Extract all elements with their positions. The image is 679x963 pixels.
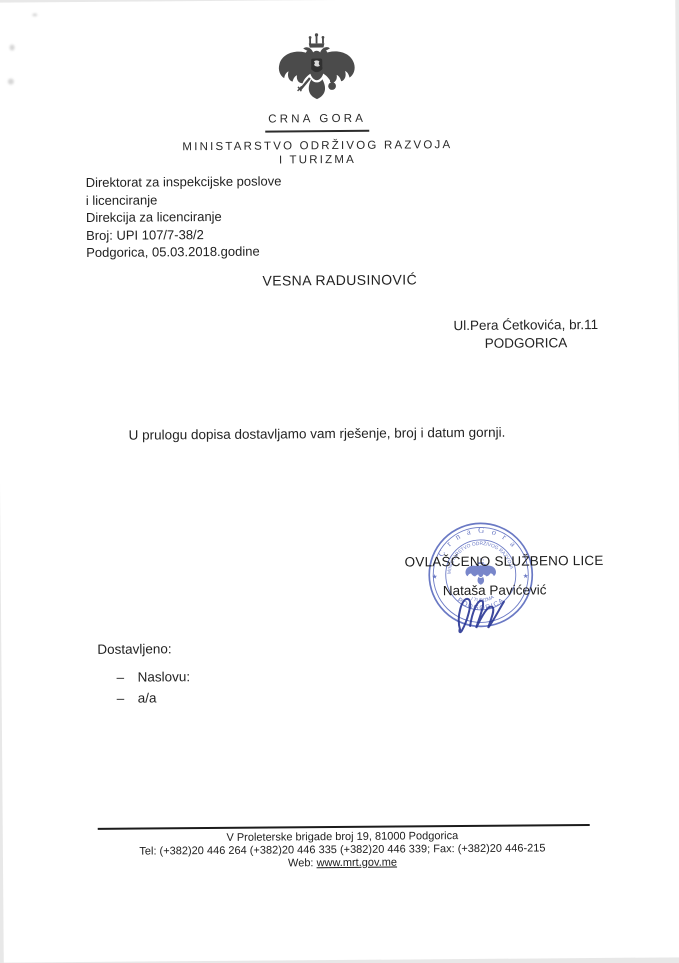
coat-of-arms-eagle-icon bbox=[270, 32, 363, 107]
recipient-address: Ul.Pera Ćetkovića, br.11 PODGORICA bbox=[437, 316, 615, 352]
stamp-star-left-icon: ★ bbox=[432, 573, 438, 581]
list-dash-marker: – bbox=[116, 668, 137, 689]
sender-directorate-line3: Direkcija za licenciranje bbox=[86, 208, 282, 227]
footer-web-link[interactable]: www.mrt.gov.me bbox=[316, 857, 397, 870]
letter-document: CRNA GORA MINISTARSTVO ODRŽIVOG RAZVOJA … bbox=[0, 0, 679, 963]
scan-speck bbox=[10, 45, 15, 51]
ministry-name-line2: I TURIZMA bbox=[117, 152, 517, 170]
stamp-star-right-icon: ★ bbox=[523, 572, 529, 580]
sender-reference-number: Broj: UPI 107/7-38/2 bbox=[86, 225, 282, 244]
delivery-item-text: Naslovu: bbox=[137, 667, 190, 688]
delivery-item: – a/a bbox=[117, 688, 191, 709]
delivery-list: – Naslovu: – a/a bbox=[116, 667, 190, 709]
scan-speck bbox=[32, 13, 37, 16]
delivery-item: – Naslovu: bbox=[116, 667, 190, 688]
recipient-name: VESNA RADUSINOVIĆ bbox=[262, 271, 417, 288]
delivery-label: Dostavljeno: bbox=[97, 641, 171, 657]
list-dash-marker: – bbox=[117, 688, 138, 709]
scan-speck bbox=[8, 79, 14, 85]
sender-directorate-line1: Direktorat za inspekcijske poslove bbox=[86, 172, 282, 191]
sender-directorate-line2: i licenciranje bbox=[86, 190, 282, 209]
authorized-officer-title: OVLAŠĆENO SLUŽBENO LICE bbox=[405, 553, 604, 570]
delivery-item-text: a/a bbox=[138, 688, 157, 709]
recipient-address-city: PODGORICA bbox=[437, 333, 615, 352]
sender-block: Direktorat za inspekcijske poslove i lic… bbox=[86, 172, 282, 262]
letterhead: CRNA GORA MINISTARSTVO ODRŽIVOG RAZVOJA … bbox=[116, 31, 517, 170]
sender-place-date: Podgorica, 05.03.2018.godine bbox=[86, 243, 282, 262]
footer-web-label: Web: bbox=[288, 857, 314, 869]
recipient-address-street: Ul.Pera Ćetkovića, br.11 bbox=[437, 316, 615, 335]
handwritten-signature bbox=[447, 590, 525, 637]
letter-body-paragraph: U prulogu dopisa dostavljamo vam rješenj… bbox=[129, 425, 506, 443]
country-name: CRNA GORA bbox=[117, 112, 517, 127]
letterhead-divider bbox=[265, 130, 369, 132]
